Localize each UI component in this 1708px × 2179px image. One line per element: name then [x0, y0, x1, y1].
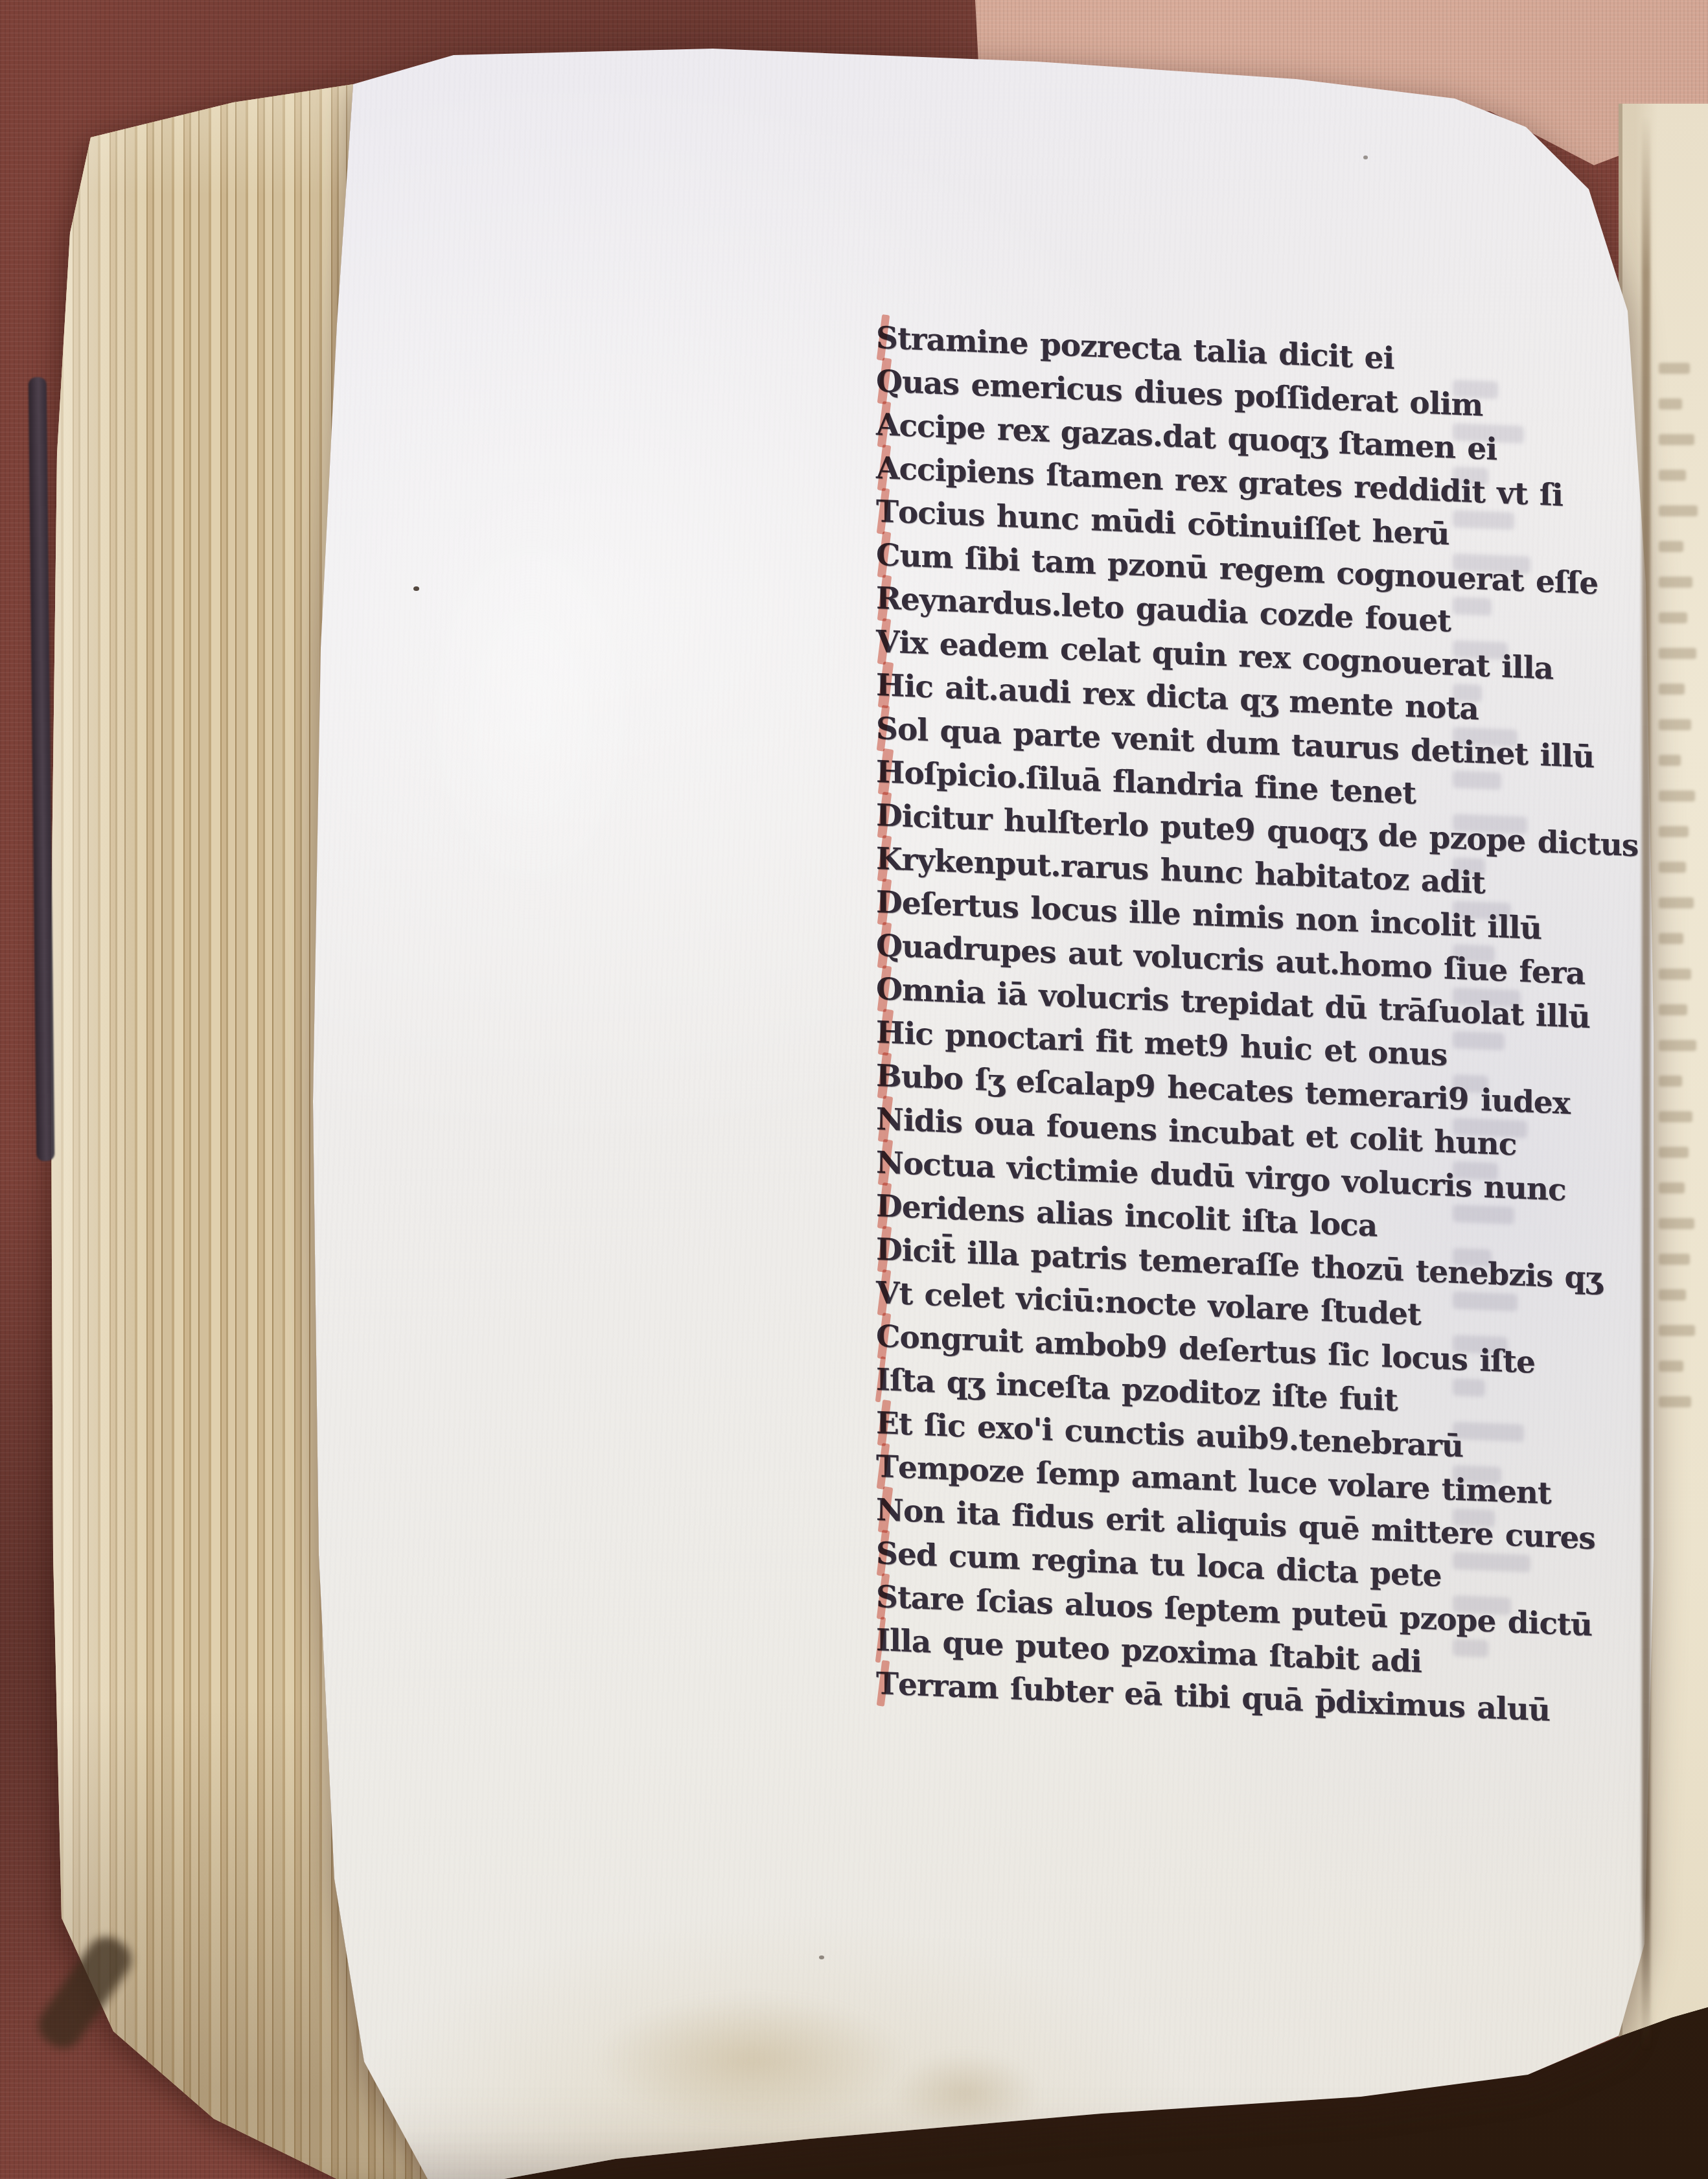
rubricated-initial: V — [876, 1271, 899, 1315]
poem-text: Stramine pozrecta talia dicit eiQuas eme… — [876, 316, 1537, 1732]
rubricated-initial: B — [876, 1054, 901, 1099]
rubricated-initial: K — [876, 837, 902, 882]
rubricated-initial: V — [876, 620, 899, 664]
rubricated-initial: S — [876, 316, 897, 360]
rubricated-initial: C — [876, 533, 899, 577]
ink-speck — [1363, 156, 1368, 159]
rubricated-initial: D — [876, 881, 902, 925]
rubricated-initial: T — [876, 490, 898, 534]
rubricated-initial: T — [876, 1445, 898, 1489]
rubricated-initial: I — [876, 1619, 890, 1663]
page-wrap: Stramine pozrecta talia dicit eiQuas eme… — [0, 0, 1708, 2179]
paper-highlight — [363, 415, 700, 998]
rubricated-initial: D — [876, 1184, 902, 1229]
book-spread-photo: Stramine pozrecta talia dicit eiQuas eme… — [0, 0, 1708, 2179]
rubricated-initial: C — [876, 1315, 899, 1359]
water-stain — [862, 2035, 1069, 2151]
rubricated-initial: T — [876, 1662, 898, 1706]
ink-speck — [413, 586, 419, 591]
book-page: Stramine pozrecta talia dicit eiQuas eme… — [0, 0, 1708, 2179]
rubricated-initial: S — [876, 707, 897, 751]
rubricated-initial: Q — [876, 360, 902, 404]
rubricated-initial: S — [876, 1532, 897, 1576]
rubricated-initial: H — [876, 750, 904, 795]
rubricated-initial: A — [876, 403, 899, 447]
ink-speck — [1221, 65, 1227, 74]
rubricated-initial: E — [876, 1401, 899, 1446]
rubricated-initial: D — [876, 794, 902, 838]
rubricated-initial: I — [876, 1358, 890, 1402]
rubricated-initial: A — [876, 446, 899, 490]
rubricated-initial: H — [876, 663, 904, 708]
rubricated-initial: R — [876, 577, 901, 621]
page-crease — [1642, 117, 1650, 2051]
rubricated-initial: N — [876, 1488, 903, 1533]
rubricated-initial: D — [876, 1228, 902, 1273]
rubricated-initial: N — [876, 1141, 903, 1186]
ink-speck — [819, 1955, 824, 1959]
rubricated-initial: O — [876, 967, 902, 1012]
next-page-ghost-text — [1659, 363, 1698, 1432]
rubricated-initial: H — [876, 1011, 904, 1055]
rubricated-initial: Q — [876, 924, 902, 969]
rubricated-initial: N — [876, 1098, 903, 1142]
rubricated-initial: S — [876, 1575, 897, 1619]
